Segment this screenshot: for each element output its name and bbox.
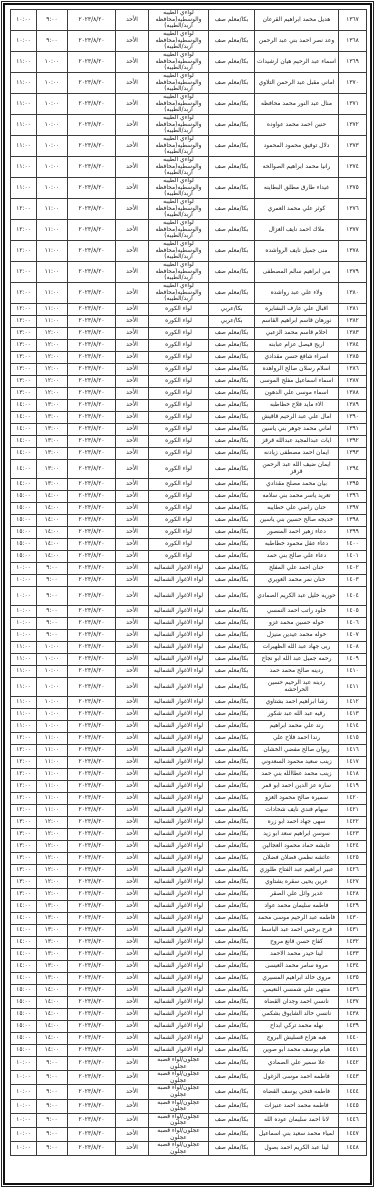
cell-date: ٢٠٢٣/٨/٢٠ [68,630,116,642]
cell-start-time: ١١:٠٠ [37,781,68,793]
cell-number: ١٤٠٦ [339,618,367,630]
cell-date: ٢٠٢٣/٨/٢٠ [68,1142,116,1156]
cell-number: ١٤٤٨ [339,1142,367,1156]
cell-day: الأحد [116,304,149,316]
cell-end-time: ١١:٠٠ [11,178,37,199]
cell-start-time: ١٢:٠٠ [37,817,68,829]
cell-day: الأحد [116,491,149,503]
cell-directorate: عجلون/لواء قصبه عجلون [149,1142,209,1156]
cell-end-time: ١٣:٠٠ [11,328,37,340]
cell-name: لينا حيدر محمد الاحمد [255,949,339,961]
cell-directorate: عجلون/لواء قصبه عجلون [149,1057,209,1071]
table-row: ١٣٧٢حنين احمد محمد عواودهبكا/معلم صفلواء… [11,115,367,136]
cell-end-time: ١١:٠٠ [11,709,37,721]
cell-start-time: ١٢:٠٠ [37,376,68,388]
cell-number: ١٣٩٥ [339,479,367,491]
cell-qualification: بكا/معلم صف [209,925,255,937]
cell-day: الأحد [116,157,149,178]
cell-qualification: بكا/معلم صف [209,985,255,997]
cell-date: ٢٠٢٣/٨/٢٠ [68,829,116,841]
cell-name: مروى خالد ابراهيم المسيري [255,973,339,985]
table-row: ١٤١٠ردينه صالح محمد حمدبكا/معلم صفلواء ا… [11,666,367,678]
cell-end-time: ١٢:٠٠ [11,781,37,793]
cell-directorate: لواء الاغوار الشماليه [149,805,209,817]
cell-directorate: لواءي الطيبه والوسطيه(محافظه اربد/الطيبه… [149,10,209,31]
cell-directorate: لواء الكوره [149,352,209,364]
cell-number: ١٤١١ [339,678,367,697]
table-row: ١٤٤٤فاطمه فتحي يوسف القضاهبكا/معلم صفعجل… [11,1085,367,1099]
cell-number: ١٣٧٦ [339,199,367,220]
table-row: ١٤٣٩نهله محمد تركي ابداحبكا/معلم صفلواء … [11,1021,367,1033]
cell-name: فاطمه عبد الرحيم موسى محمد [255,913,339,925]
cell-directorate: لواء الاغوار الشماليه [149,865,209,877]
table-row: ١٣٨٤اريج فيصل عزام عبابنهبكا/معلم صفلواء… [11,340,367,352]
cell-qualification: بكا/معلم صف [209,1113,255,1127]
cell-directorate: لواء الاغوار الشماليه [149,877,209,889]
cell-date: ٢٠٢٣/٨/٢٠ [68,241,116,262]
cell-name: خوله حسين محمد غزو [255,618,339,630]
cell-directorate: لواء الكوره [149,551,209,563]
cell-directorate: لواءي الطيبه والوسطيه(محافظه اربد/الطيبه… [149,73,209,94]
cell-end-time: ١١:٠٠ [11,136,37,157]
cell-date: ٢٠٢٣/٨/٢٠ [68,352,116,364]
cell-end-time: ١٣:٠٠ [11,817,37,829]
cell-date: ٢٠٢٣/٨/٢٠ [68,757,116,769]
cell-qualification: بكا/معلم صف [209,388,255,400]
cell-day: الأحد [116,73,149,94]
cell-start-time: ١٠:٠٠ [37,94,68,115]
table-row: ١٣٧٨منى جميل نايف الرواشدهبكا/معلم صفلوا… [11,241,367,262]
cell-end-time: ١٠:٠٠ [11,1085,37,1099]
cell-qualification: بكا/معلم صف [209,961,255,973]
cell-name: دعاء عقل محمود خطاطبه [255,539,339,551]
cell-number: ١٤٠٥ [339,606,367,618]
table-row: ١٣٨٦اسلام رسلان صالح الرواهدهبكا/معلم صف… [11,364,367,376]
cell-name: نهله محمد تركي ابداح [255,1021,339,1033]
cell-directorate: لواء الاغوار الشماليه [149,1009,209,1021]
cell-number: ١٤١٧ [339,757,367,769]
cell-date: ٢٠٢٣/٨/٢٠ [68,460,116,479]
cell-directorate: لواء الاغوار الشماليه [149,889,209,901]
cell-start-time: ١٣:٠٠ [37,479,68,491]
cell-qualification: بكا/معلم صف [209,606,255,618]
table-row: ١٣٨٥اسراء شافع حسن مقداديبكا/معلم صفلواء… [11,352,367,364]
cell-start-time: ١٤:٠٠ [37,515,68,527]
cell-name: منال عبد النور محمد محافظه [255,94,339,115]
cell-directorate: لواء الاغوار الشماليه [149,769,209,781]
cell-name: حنان راضي علي خطايبه [255,503,339,515]
table-row: ١٣٧١منال عبد النور محمد محافظهبكا/معلم ص… [11,94,367,115]
cell-date: ٢٠٢٣/٨/٢٠ [68,199,116,220]
cell-name: غيداء طارق مطلق البطاينه [255,178,339,199]
cell-date: ٢٠٢٣/٨/٢٠ [68,1021,116,1033]
cell-end-time: ١٠:٠٠ [11,31,37,52]
cell-number: ١٣٧٠ [339,73,367,94]
table-row: ١٤٢٦عبير ابراهيم عبد الفتاح طلوزيبكا/معل… [11,865,367,877]
cell-directorate: لواء الكوره [149,479,209,491]
cell-qualification: بكا/عربي [209,304,255,316]
cell-directorate: لواء الكوره [149,436,209,448]
cell-number: ١٤٠٧ [339,630,367,642]
cell-number: ١٤٣٩ [339,1021,367,1033]
cell-day: الأحد [116,316,149,328]
cell-name: ايمان احمد مصطفى زيادنه [255,448,339,460]
table-row: ١٤١١ردينه عبد الرحيم حسين الحراحشهبكا/مع… [11,678,367,697]
cell-number: ١٤١٣ [339,709,367,721]
cell-end-time: ١٥:٠٠ [11,1033,37,1045]
cell-start-time: ١٠:٠٠ [37,654,68,666]
cell-name: لينا عبد الكريم احمد بصول [255,1142,339,1156]
cell-directorate: لواء الاغوار الشماليه [149,937,209,949]
cell-date: ٢٠٢٣/٨/٢٠ [68,721,116,733]
cell-end-time: ١٠:٠٠ [11,1142,37,1156]
cell-number: ١٤٤٧ [339,1127,367,1141]
cell-qualification: بكا/معلم صف [209,901,255,913]
cell-day: الأحد [116,913,149,925]
cell-name: اسراء شافع حسن مقدادي [255,352,339,364]
cell-start-time: ١٠:٠٠ [37,678,68,697]
cell-day: الأحد [116,283,149,304]
cell-end-time: ١٤:٠٠ [11,412,37,424]
cell-qualification: بكا/معلم صف [209,913,255,925]
cell-end-time: ١٢:٠٠ [11,199,37,220]
cell-date: ٢٠٢٣/٨/٢٠ [68,973,116,985]
cell-directorate: لواء الاغوار الشماليه [149,678,209,697]
cell-directorate: لواء الاغوار الشماليه [149,721,209,733]
cell-number: ١٣٧٤ [339,157,367,178]
cell-start-time: ١٢:٠٠ [37,340,68,352]
cell-directorate: لواءي الطيبه والوسطيه(محافظه اربد/الطيبه… [149,115,209,136]
cell-day: الأحد [116,436,149,448]
cell-date: ٢٠٢٣/٨/٢٠ [68,853,116,865]
cell-start-time: ١٠:٠٠ [37,709,68,721]
cell-date: ٢٠٢٣/٨/٢٠ [68,925,116,937]
cell-end-time: ١٠:٠٠ [11,10,37,31]
table-row: ١٤٢٢سهى جهاد احمد ابو زرهبكا/معلم صفلواء… [11,817,367,829]
table-row: ١٤٢١سهام فندي نايف شحاداتبكا/معلم صفلواء… [11,805,367,817]
cell-end-time: ١٠:٠٠ [11,575,37,587]
cell-qualification: بكا/معلم صف [209,721,255,733]
table-row: ١٤٠٠دعاء عقل محمود خطاطبهبكا/معلم صفلواء… [11,539,367,551]
cell-end-time: ١٥:٠٠ [11,1021,37,1033]
cell-name: سوسن ابراهيم سعد ابو زيد [255,829,339,841]
cell-qualification: بكا/معلم صف [209,654,255,666]
table-row: ١٤٢٣سوسن ابراهيم سعد ابو زيدبكا/معلم صفل… [11,829,367,841]
cell-start-time: ١٤:٠٠ [37,985,68,997]
cell-start-time: ٩:٠٠ [37,31,68,52]
table-row: ١٤١٢رشا ابراهيم احمد بشتاويبكا/معلم صفلو… [11,697,367,709]
cell-day: الأحد [116,178,149,199]
cell-number: ١٤١٨ [339,769,367,781]
cell-directorate: لواءي الطيبه والوسطيه(محافظه اربد/الطيبه… [149,178,209,199]
cell-qualification: بكا/معلم صف [209,973,255,985]
cell-name: اسلام رسلان صالح الرواهده [255,364,339,376]
cell-start-time: ١٠:٠٠ [37,666,68,678]
cell-number: ١٣٨٥ [339,352,367,364]
table-row: ١٤١٥رندا احمد فلاح عليبكا/معلم صفلواء ال… [11,733,367,745]
cell-directorate: لواءي الطيبه والوسطيه(محافظه اربد/الطيبه… [149,52,209,73]
table-row: ١٣٨٢نورهان قاسم ابراهيم القاسمبكا/عربيلو… [11,316,367,328]
table-row: ١٤٠٩رحمه جميل عبد الله ابو نجاحبكا/معلم … [11,654,367,666]
cell-qualification: بكا/معلم صف [209,805,255,817]
cell-number: ١٤٤٢ [339,1057,367,1071]
cell-directorate: لواء الاغوار الشماليه [149,630,209,642]
cell-name: رقيه عبد الله عبد شكور [255,709,339,721]
table-row: ١٣٩١اماني محمد جوهر بني ياسينبكا/معلم صف… [11,424,367,436]
cell-name: احلام قاسم محمد الزعبي [255,328,339,340]
cell-directorate: لواء الاغوار الشماليه [149,709,209,721]
cell-directorate: لواء الاغوار الشماليه [149,666,209,678]
cell-directorate: عجلون/لواء قصبه عجلون [149,1099,209,1113]
cell-number: ١٤٤٥ [339,1099,367,1113]
cell-date: ٢٠٢٣/٨/٢٠ [68,606,116,618]
cell-name: لانا احمد سليمان عوده الله [255,1113,339,1127]
table-row: ١٣٩٣ايمان احمد مصطفى زيادنهبكا/معلم صفلو… [11,448,367,460]
cell-date: ٢٠٢٣/٨/٢٠ [68,515,116,527]
cell-end-time: ١٤:٠٠ [11,448,37,460]
cell-date: ٢٠٢٣/٨/٢٠ [68,400,116,412]
cell-qualification: بكا/معلم صف [209,1085,255,1099]
cell-qualification: بكا/معلم صف [209,630,255,642]
table-row: ١٣٩٧حنان راضي علي خطايبهبكا/معلم صفلواء … [11,503,367,515]
cell-date: ٢٠٢٣/٨/٢٠ [68,961,116,973]
cell-name: اسماء موسى علي الدهون [255,388,339,400]
cell-start-time: ١٣:٠٠ [37,400,68,412]
table-row: ١٤٠٨ربى جهاد عبد الله الظهيراتبكا/معلم ص… [11,642,367,654]
cell-qualification: بكا/معلم صف [209,709,255,721]
cell-number: ١٣٧٩ [339,262,367,283]
cell-start-time: ١١:٠٠ [37,262,68,283]
cell-start-time: ١٢:٠٠ [37,865,68,877]
cell-day: الأحد [116,769,149,781]
cell-day: الأحد [116,949,149,961]
cell-qualification: بكا/معلم صف [209,551,255,563]
cell-number: ١٤٣٧ [339,997,367,1009]
cell-start-time: ١١:٠٠ [37,316,68,328]
cell-day: الأحد [116,328,149,340]
cell-name: علا سمير علي الصمادي [255,1057,339,1071]
cell-directorate: لواء الاغوار الشماليه [149,575,209,587]
cell-directorate: لواء الاغوار الشماليه [149,697,209,709]
cell-name: ربى جهاد عبد الله الظهيرات [255,642,339,654]
cell-start-time: ١٢:٠٠ [37,352,68,364]
cell-name: سهى جهاد احمد ابو زره [255,817,339,829]
cell-day: الأحد [116,805,149,817]
cell-number: ١٤٢٨ [339,889,367,901]
cell-start-time: ٩:٠٠ [37,10,68,31]
cell-name: فاطمه محمد احمد عنيزات [255,1099,339,1113]
cell-number: ١٣٩٦ [339,491,367,503]
cell-directorate: لواءي الطيبه والوسطيه(محافظه اربد/الطيبه… [149,94,209,115]
table-row: ١٤٤٨لينا عبد الكريم احمد بصولبكا/معلم صف… [11,1142,367,1156]
cell-number: ١٤٢٣ [339,829,367,841]
cell-day: الأحد [116,94,149,115]
cell-day: الأحد [116,539,149,551]
cell-date: ٢٠٢٣/٨/٢٠ [68,654,116,666]
cell-directorate: لواء الاغوار الشماليه [149,587,209,606]
cell-name: غدير وائل علي الصقر [255,889,339,901]
cell-number: ١٣٩٣ [339,448,367,460]
cell-end-time: ١٢:٠٠ [11,262,37,283]
cell-start-time: ٩:٠٠ [37,618,68,630]
table-row: ١٣٩٩دعاء زهير احمد المنصوربكا/معلم صفلوا… [11,527,367,539]
cell-directorate: لواءي الطيبه والوسطيه(محافظه اربد/الطيبه… [149,31,209,52]
cell-name: اماني محمد جوهر بني ياسين [255,424,339,436]
cell-directorate: لواء الكوره [149,304,209,316]
cell-end-time: ١٣:٠٠ [11,388,37,400]
cell-directorate: لواء الاغوار الشماليه [149,757,209,769]
cell-start-time: ١٣:٠٠ [37,913,68,925]
cell-name: هيام يوسف محمد ابو صوين [255,1045,339,1057]
cell-name: عبير ابراهيم عبد الفتاح طلوزي [255,865,339,877]
cell-day: الأحد [116,829,149,841]
table-row: ١٤٤٣فاطمه احمد موسى الزغولبكا/معلم صفعجل… [11,1071,367,1085]
cell-end-time: ١٢:٠٠ [11,733,37,745]
cell-end-time: ١٠:٠٠ [11,1071,37,1085]
cell-directorate: عجلون/لواء قصبه عجلون [149,1071,209,1085]
cell-number: ١٤٢٥ [339,853,367,865]
cell-number: ١٤٤٠ [339,1033,367,1045]
cell-number: ١٤١٤ [339,721,367,733]
cell-start-time: ١٤:٠٠ [37,1045,68,1057]
cell-end-time: ١٤:٠٠ [11,973,37,985]
cell-day: الأحد [116,551,149,563]
cell-day: الأحد [116,388,149,400]
cell-end-time: ١٢:٠٠ [11,241,37,262]
cell-date: ٢٠٢٣/٨/٢٠ [68,412,116,424]
cell-start-time: ١٢:٠٠ [37,829,68,841]
cell-end-time: ١١:٠٠ [11,721,37,733]
cell-date: ٢٠٢٣/٨/٢٠ [68,937,116,949]
cell-day: الأحد [116,220,149,241]
cell-start-time: ٩:٠٠ [37,1057,68,1071]
cell-end-time: ١٠:٠٠ [11,1127,37,1141]
cell-end-time: ١١:٠٠ [11,157,37,178]
cell-day: الأحد [116,400,149,412]
table-row: ١٣٦٩اسماء عبد الرحيم هيان ارشيداتبكا/معل… [11,52,367,73]
cell-date: ٢٠٢٣/٨/٢٠ [68,666,116,678]
cell-day: الأحد [116,630,149,642]
cell-day: الأحد [116,709,149,721]
table-row: ١٤١٦ريوان صالح مفضي الخشانبكا/معلم صفلوا… [11,745,367,757]
table-row: ١٤٣٢كفاح حسن قانع مروحبكا/معلم صفلواء ال… [11,937,367,949]
cell-end-time: ١٣:٠٠ [11,829,37,841]
table-row: ١٣٧٩مي ابراهيم سالم المصطفىبكا/معلم صفلو… [11,262,367,283]
cell-directorate: لواء الاغوار الشماليه [149,853,209,865]
cell-directorate: لواءي الطيبه والوسطيه(محافظه اربد/الطيبه… [149,157,209,178]
cell-directorate: لواءي الطيبه والوسطيه(محافظه اربد/الطيبه… [149,220,209,241]
cell-end-time: ١٢:٠٠ [11,316,37,328]
table-row: ١٤٠١دعاء علي صالح بني حمدبكا/معلم صفلواء… [11,551,367,563]
cell-qualification: بكا/معلم صف [209,841,255,853]
table-row: ١٤١٣رقيه عبد الله عبد شكوربكا/معلم صفلوا… [11,709,367,721]
cell-end-time: ١٤:٠٠ [11,460,37,479]
cell-qualification: بكا/معلم صف [209,352,255,364]
cell-name: نورهان قاسم ابراهيم القاسم [255,316,339,328]
cell-start-time: ١١:٠٠ [37,199,68,220]
cell-day: الأحد [116,503,149,515]
cell-number: ١٤١٥ [339,733,367,745]
cell-date: ٢٠٢٣/٨/٢٠ [68,340,116,352]
table-row: ١٣٦٧هديل محمد ابراهيم القرعانبكا/معلم صف… [11,10,367,31]
cell-directorate: لواء الكوره [149,424,209,436]
cell-directorate: لواء الكوره [149,527,209,539]
cell-name: رحمه جميل عبد الله ابو نجاح [255,654,339,666]
cell-number: ١٤٠٤ [339,587,367,606]
cell-date: ٢٠٢٣/٨/٢٠ [68,781,116,793]
cell-directorate: لواء الاغوار الشماليه [149,997,209,1009]
cell-day: الأحد [116,997,149,1009]
cell-day: الأحد [116,1009,149,1021]
cell-directorate: لواء الاغوار الشماليه [149,1033,209,1045]
table-row: ١٤٣٣لينا حيدر محمد الاحمدبكا/معلم صفلواء… [11,949,367,961]
cell-directorate: لواء الاغوار الشماليه [149,618,209,630]
cell-day: الأحد [116,1045,149,1057]
cell-day: الأحد [116,1113,149,1127]
cell-qualification: بكا/معلم صف [209,757,255,769]
table-row: ١٣٩٠امال علي عبد الرحيم قاقيشبكا/معلم صف… [11,412,367,424]
cell-day: الأحد [116,618,149,630]
cell-directorate: لواء الكوره [149,316,209,328]
cell-date: ٢٠٢٣/٨/٢٠ [68,1071,116,1085]
cell-date: ٢٠٢٣/٨/٢٠ [68,793,116,805]
cell-number: ١٣٧٣ [339,136,367,157]
table-row: ١٤٠٧خوله محمد عيدين منيزلبكا/معلم صفلواء… [11,630,367,642]
cell-directorate: لواءي الطيبه والوسطيه(محافظه اربد/الطيبه… [149,241,209,262]
cell-directorate: لواء الكوره [149,460,209,479]
cell-name: حنان احمد علي المفلح [255,563,339,575]
cell-end-time: ١٥:٠٠ [11,503,37,515]
cell-date: ٢٠٢٣/٨/٢٠ [68,10,116,31]
cell-day: الأحد [116,841,149,853]
cell-name: منتهى علي شمسي النعيمي [255,985,339,997]
cell-name: لمياء محمد سعيد بني اسماعيل [255,1127,339,1141]
cell-start-time: ١٤:٠٠ [37,1009,68,1021]
cell-directorate: لواءي الطيبه والوسطيه(محافظه اربد/الطيبه… [149,199,209,220]
cell-number: ١٤٢١ [339,805,367,817]
cell-number: ١٣٨١ [339,304,367,316]
cell-directorate: لواء الاغوار الشماليه [149,841,209,853]
cell-start-time: ١٤:٠٠ [37,503,68,515]
table-row: ١٣٨٨اسماء موسى علي الدهونبكا/معلم صفلواء… [11,388,367,400]
cell-end-time: ١٤:٠٠ [11,961,37,973]
cell-date: ٢٠٢٣/٨/٢٠ [68,889,116,901]
cell-start-time: ١١:٠٠ [37,733,68,745]
cell-start-time: ١١:٠٠ [37,793,68,805]
table-row: ١٣٩٨خديجه صالح حسين بني ياسينبكا/معلم صف… [11,515,367,527]
cell-number: ١٣٦٧ [339,10,367,31]
cell-name: ساره عز الدين احمد ابو قمر [255,781,339,793]
cell-number: ١٣٨٧ [339,376,367,388]
cell-directorate: لواء الاغوار الشماليه [149,913,209,925]
cell-day: الأحد [116,865,149,877]
table-row: ١٣٨٠ولاء علي عبد رواشدهبكا/معلم صفلواءي … [11,283,367,304]
cell-number: ١٤٠٣ [339,575,367,587]
cell-name: هديل محمد ابراهيم القرعان [255,10,339,31]
table-row: ١٣٨٣احلام قاسم محمد الزعبيبكا/معلم صفلوا… [11,328,367,340]
cell-start-time: ٩:٠٠ [37,1085,68,1099]
cell-day: الأحد [116,901,149,913]
cell-start-time: ٩:٠٠ [37,1099,68,1113]
cell-day: الأحد [116,721,149,733]
cell-start-time: ١٤:٠٠ [37,997,68,1009]
cell-end-time: ١١:٠٠ [11,642,37,654]
cell-number: ١٣٨٤ [339,340,367,352]
cell-name: دعاء زهير احمد المنصور [255,527,339,539]
cell-date: ٢٠٢٣/٨/٢٠ [68,479,116,491]
table-row: ١٤٤٢علا سمير علي الصماديبكا/معلم صفعجلون… [11,1057,367,1071]
cell-qualification: بكا/معلم صف [209,448,255,460]
